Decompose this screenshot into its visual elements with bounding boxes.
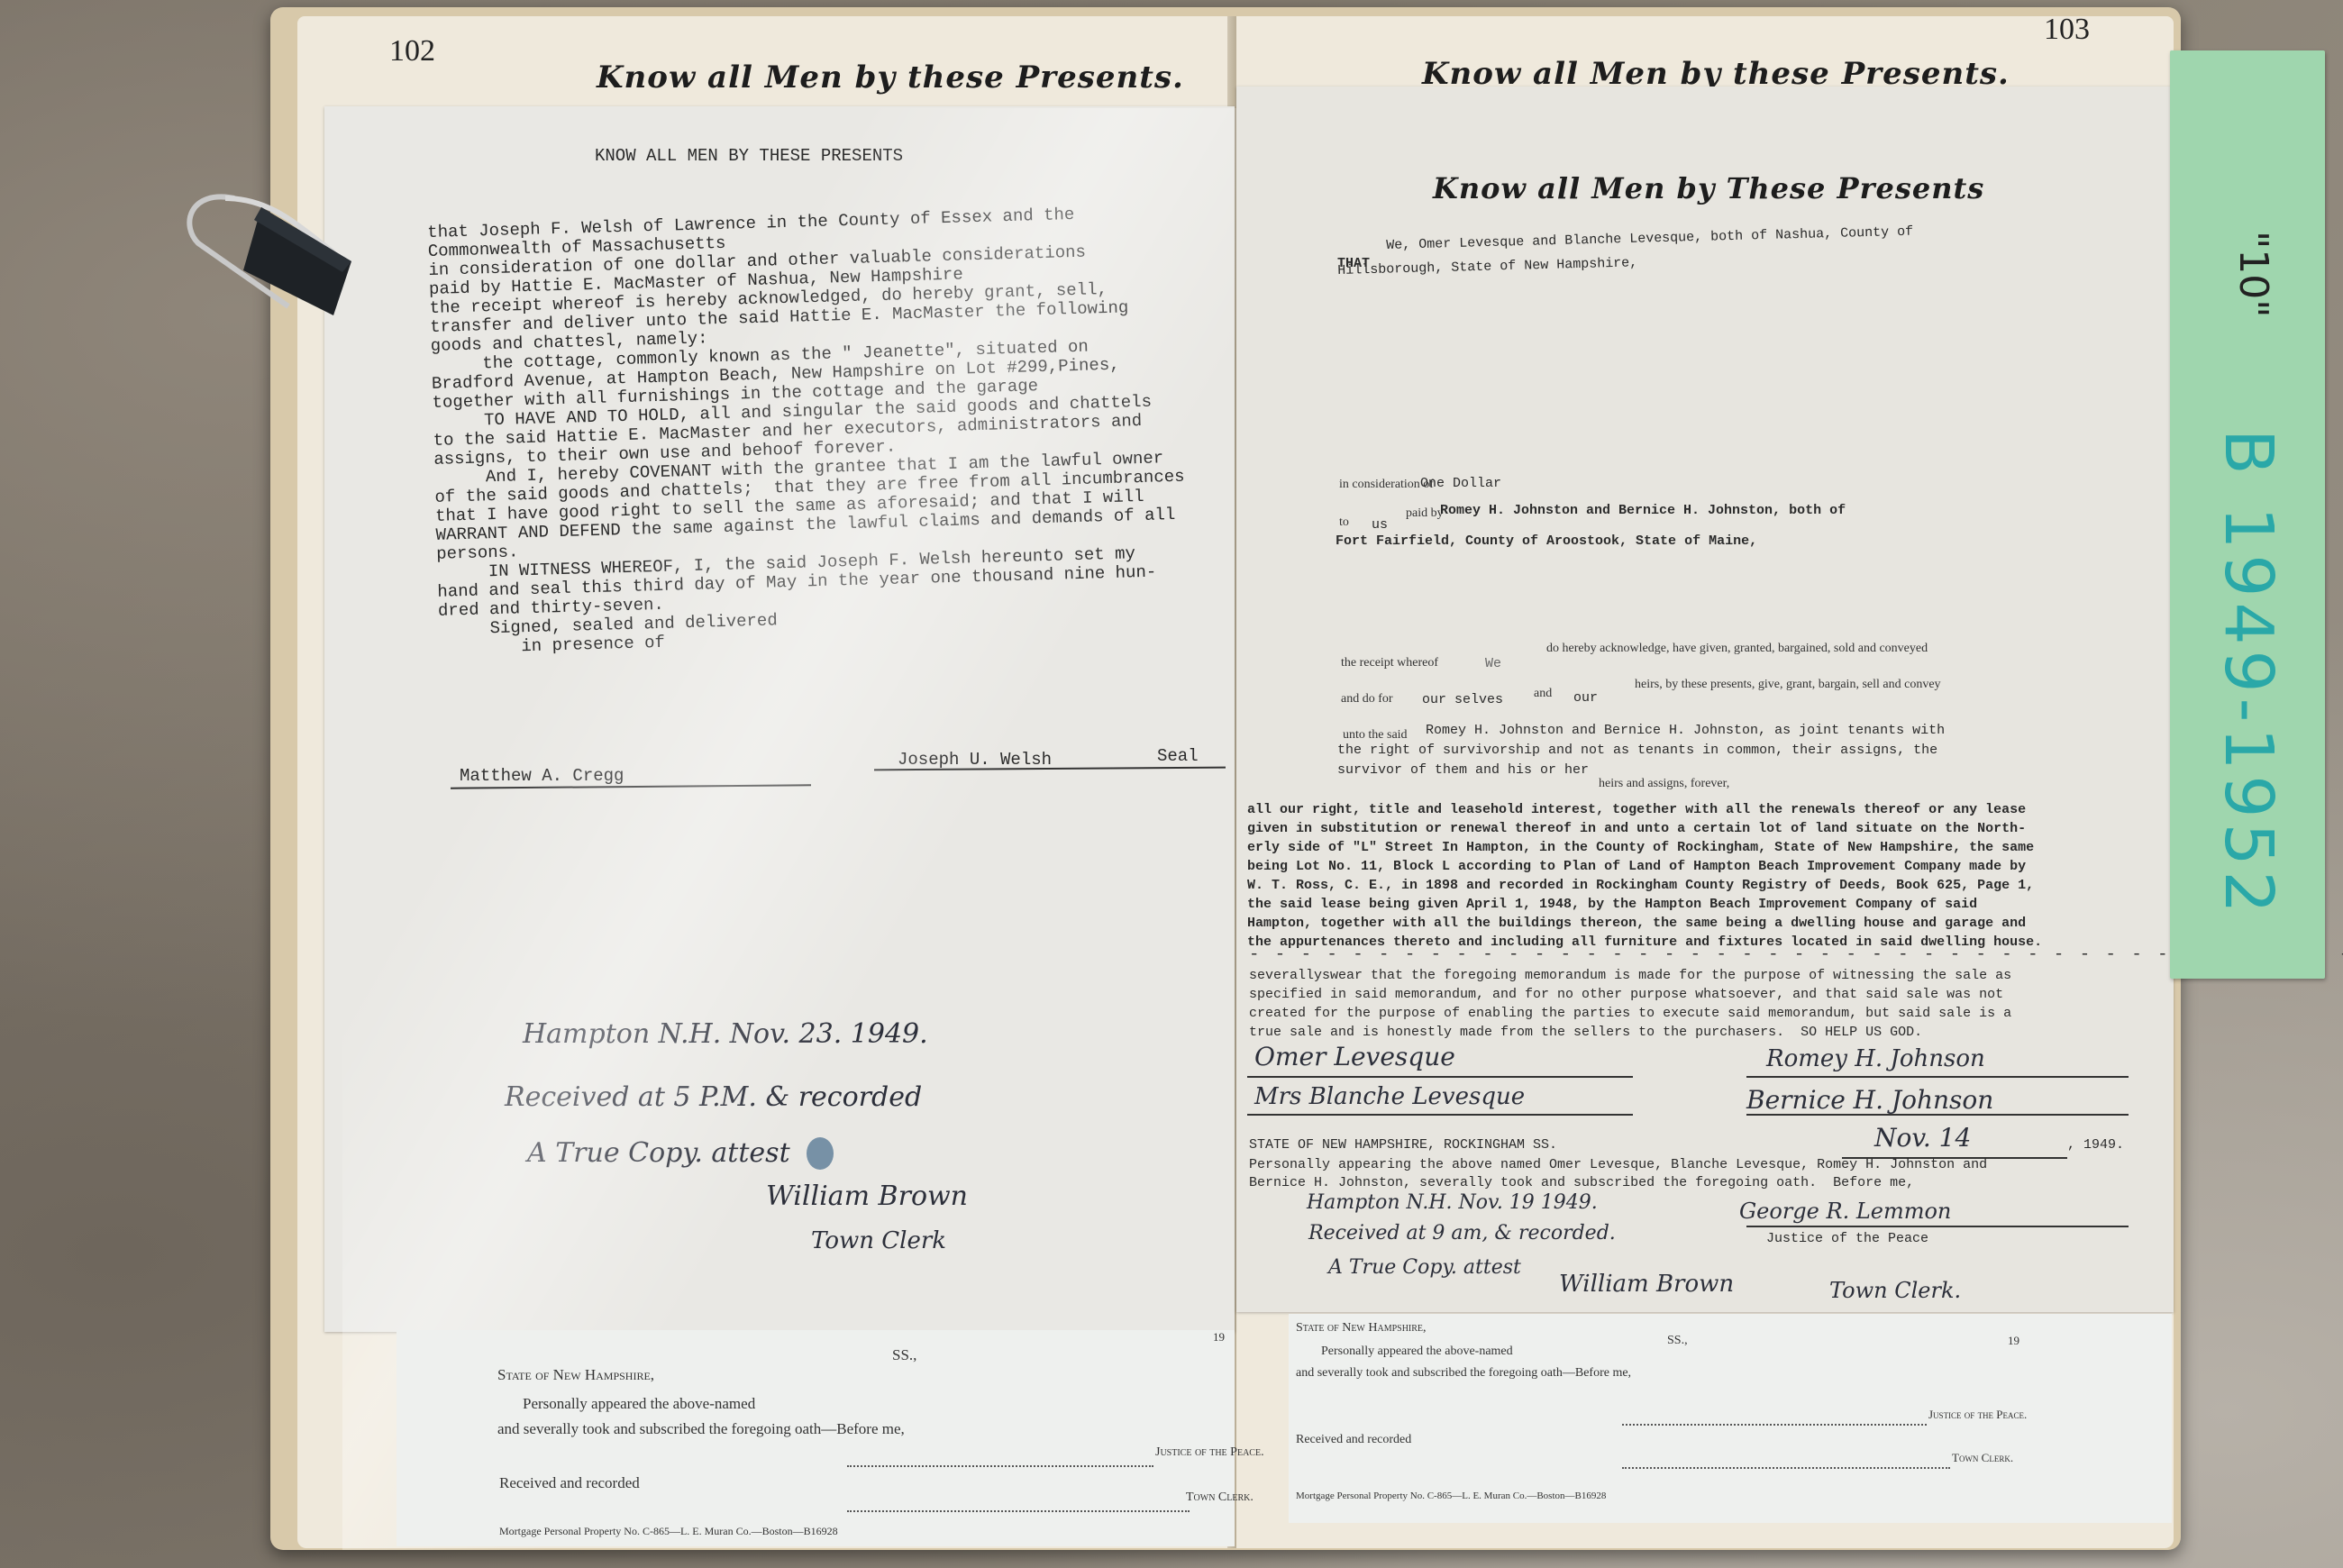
right-note-line-1: Hampton N.H. Nov. 19 1949. [1307, 1191, 1598, 1214]
consideration-value: One Dollar [1420, 474, 1501, 494]
handwritten-date: Nov. 14 [1874, 1123, 1971, 1153]
do-for-value: our selves [1422, 690, 1503, 710]
property-line: Hampton, together with all the buildings… [1247, 914, 2042, 933]
right-form-clerk: Town Clerk. [1952, 1451, 2013, 1465]
right-clerk-line [1622, 1467, 1950, 1469]
justice-label: Justice of the Peace [1766, 1229, 1928, 1249]
right-note-line-5: Town Clerk. [1829, 1278, 1961, 1303]
right-note-line-2: Received at 9 am, & recorded. [1308, 1222, 1616, 1244]
tab-label-top: "10" [2230, 231, 2276, 317]
receipt-value: We [1485, 654, 1501, 674]
right-page-number: 103 [2044, 13, 2090, 47]
right-form-footer: Mortgage Personal Property No. C-865—L. … [1296, 1491, 1606, 1501]
and-value: our [1573, 688, 1598, 708]
acknowledge-text: do hereby acknowledge, have given, grant… [1546, 642, 1928, 656]
index-tab[interactable]: "10" B 1949-1952 [2170, 50, 2325, 979]
right-form-appeared: Personally appeared the above-named [1321, 1345, 1513, 1359]
date-year: , 1949. [2067, 1135, 2124, 1155]
right-form-year: 19 [2008, 1334, 2019, 1348]
appearance-line-2: Bernice H. Johnston, severally took and … [1249, 1173, 1914, 1193]
left-form-justice: Justice of the Peace. [1155, 1445, 1264, 1460]
seller-1-line [1247, 1076, 1633, 1078]
property-line: given in substitution or renewal thereof… [1247, 819, 2042, 838]
left-form-ss: SS., [892, 1346, 916, 1364]
left-form-clerk: Town Clerk. [1186, 1491, 1254, 1505]
grantees-line-2: Fort Fairfield, County of Aroostook, Sta… [1336, 532, 1757, 552]
left-blank-form: State of New Hampshire, SS., 19 Personal… [397, 1330, 1235, 1546]
oath-line: severallyswear that the foregoing memora… [1249, 966, 2011, 985]
left-form-footer: Mortgage Personal Property No. C-865—L. … [499, 1525, 838, 1538]
property-line: the said lease being given April 1, 1948… [1247, 895, 2042, 914]
right-justice-line [1622, 1424, 1927, 1426]
property-line: all our right, title and leasehold inter… [1247, 800, 2042, 819]
unto-line-1: Romey H. Johnston and Bernice H. Johnsto… [1426, 721, 1945, 741]
buyer-1-signature: Romey H. Johnson [1766, 1045, 1985, 1072]
left-form-received: Received and recorded [499, 1474, 640, 1492]
paid-by-label: paid by [1406, 506, 1444, 521]
left-form-appeared: Personally appeared the above-named [523, 1395, 755, 1413]
right-form-received: Received and recorded [1296, 1433, 1411, 1447]
property-line: W. T. Ross, C. E., in 1898 and recorded … [1247, 876, 2042, 895]
oath-line: specified in said memorandum, and for no… [1249, 985, 2011, 1004]
left-form-state: State of New Hampshire, [497, 1366, 654, 1384]
heirs-assigns: heirs and assigns, forever, [1599, 777, 1729, 791]
unto-line-2: the right of survivorship and not as ten… [1337, 741, 1937, 761]
grantees-line-1: Romey H. Johnston and Bernice H. Johnsto… [1440, 501, 1846, 521]
seller-2-line [1247, 1114, 1633, 1116]
right-form-oath: and severally took and subscribed the fo… [1296, 1366, 1631, 1381]
right-form-ss: SS., [1667, 1334, 1688, 1348]
do-for-label: and do for [1341, 692, 1393, 707]
right-form-state: State of New Hampshire, [1296, 1321, 1427, 1336]
seller-1-signature: Omer Levesque [1254, 1042, 1455, 1071]
unto-line-3: survivor of them and his or her [1337, 761, 1589, 780]
right-form-justice: Justice of the Peace. [1928, 1408, 2027, 1422]
left-form-oath: and severally took and subscribed the fo… [497, 1420, 905, 1438]
buyer-2-signature: Bernice H. Johnson [1746, 1085, 1993, 1115]
oath-line: true sale and is honestly made from the … [1249, 1023, 2011, 1042]
left-page-number: 102 [389, 34, 435, 68]
left-form-year: 19 [1213, 1330, 1225, 1345]
right-note-line-3: A True Copy. attest [1328, 1256, 1521, 1279]
justice-signature: George R. Lemmon [1739, 1199, 1951, 1224]
left-justice-line [847, 1465, 1153, 1467]
left-printed-header: Know all Men by these Presents. [597, 59, 1184, 96]
appearance-line-1: Personally appearing the above named Ome… [1249, 1155, 1987, 1175]
right-sheet-header: Know all Men by These Presents [1433, 171, 1984, 205]
seller-2-signature: Mrs Blanche Levesque [1254, 1083, 1525, 1110]
right-blank-form: State of New Hampshire, SS., 19 Personal… [1289, 1314, 2172, 1523]
oath-line: created for the purpose of enabling the … [1249, 1004, 2011, 1023]
property-description: all our right, title and leasehold inter… [1247, 800, 2042, 952]
oath-text: severallyswear that the foregoing memora… [1249, 966, 2011, 1042]
property-line: being Lot No. 11, Block L according to P… [1247, 857, 2042, 876]
buyer-2-line [1746, 1114, 2129, 1116]
tab-label-main: B 1949-1952 [2210, 429, 2287, 919]
state-line: STATE OF NEW HAMPSHIRE, ROCKINGHAM SS. [1249, 1135, 1557, 1155]
binder-clip-icon [171, 171, 351, 333]
right-note-line-4: William Brown [1559, 1271, 1734, 1298]
receipt-label: the receipt whereof [1341, 656, 1438, 670]
buyer-1-line [1746, 1076, 2129, 1078]
heirs-text: heirs, by these presents, give, grant, b… [1635, 678, 1941, 692]
and-label: and [1534, 687, 1552, 701]
justice-line [1746, 1226, 2129, 1227]
to-label: to [1339, 515, 1349, 530]
left-clerk-line [847, 1510, 1190, 1512]
property-line: erly side of "L" Street In Hampton, in t… [1247, 838, 2042, 857]
